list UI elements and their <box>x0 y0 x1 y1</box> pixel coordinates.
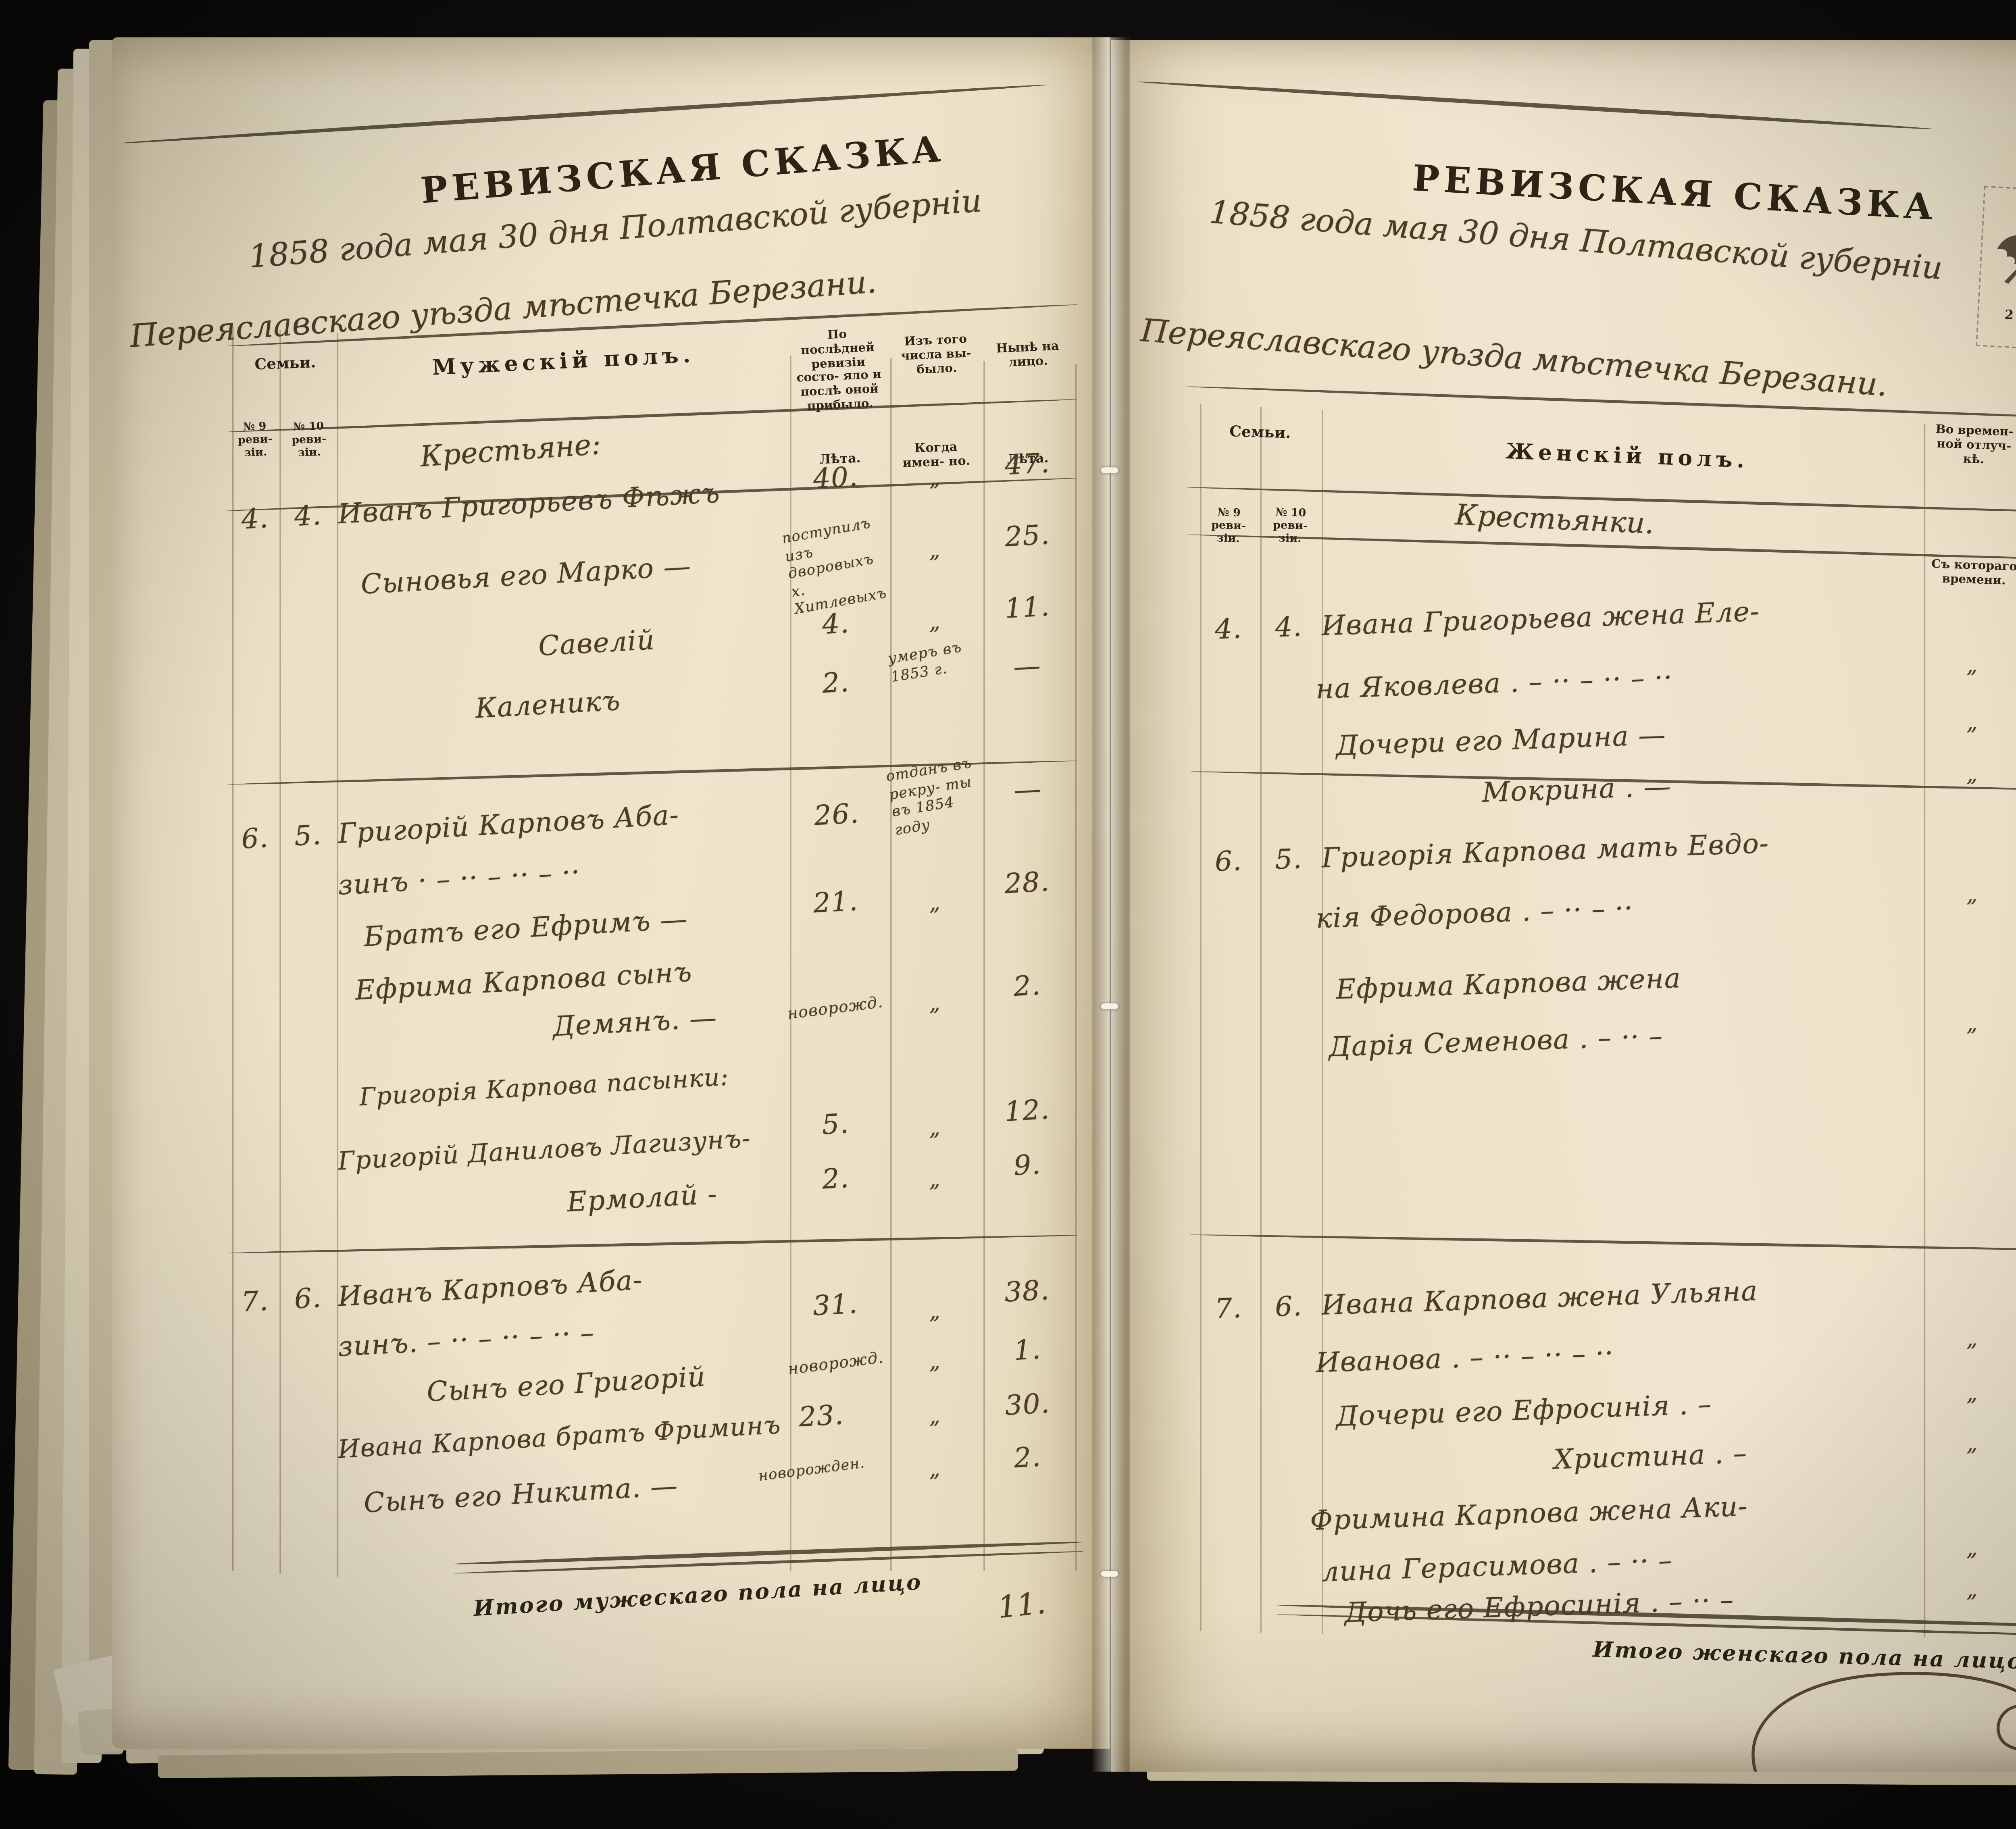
photographed-book-spread: РЕВИЗСКАЯ СКАЗКА 1858 года мая 30 дня По… <box>0 0 2016 1829</box>
departure-note: „ <box>889 1454 980 1484</box>
age-last-revision: 4. <box>786 606 885 643</box>
recruit-note: отданъ въ рекру- ты въ 1854 году <box>885 756 984 841</box>
book-binding <box>1092 37 1129 1771</box>
person-name: Дарія Семенова . – ·· – <box>1328 1021 1663 1063</box>
left-page: РЕВИЗСКАЯ СКАЗКА 1858 года мая 30 дня По… <box>112 37 1110 1748</box>
place-line: Переяславскаго уѣзда мѣстечка Березани. <box>129 265 878 356</box>
person-name: Иванъ Григорьевъ Фѣжъ <box>337 478 721 531</box>
age-present: 11. <box>983 590 1071 626</box>
newborn-note: новорожден. <box>758 1457 856 1485</box>
rev9-number: 4. <box>231 502 279 536</box>
person-name-continued: зинъ. – ·· – ·· – ·· – <box>337 1317 595 1363</box>
person-name-continued: на Яковлева . – ·· – ·· – ·· <box>1315 662 1673 706</box>
away-ditto: „ <box>1923 759 2016 789</box>
departure-note: „ <box>889 1113 980 1143</box>
person-name: Каленикъ <box>475 685 621 725</box>
age-present: 47. <box>983 447 1071 483</box>
header-rev10: № 10 реви- зіи. <box>1262 507 1318 547</box>
age-last-revision: 2. <box>786 1161 885 1198</box>
person-name-continued: лина Герасимова . – ·· – <box>1321 1545 1673 1588</box>
age-present: 2. <box>983 968 1071 1005</box>
header-group-handwritten: Крестьяне: <box>419 427 602 473</box>
family-separator-line <box>1190 1233 2016 1252</box>
person-name: Сынъ его Никита. — <box>363 1471 679 1520</box>
divider-line <box>1186 385 2016 421</box>
person-name: Григорій Карповъ Аба- <box>337 799 680 850</box>
rev10-number: 5. <box>280 819 336 853</box>
person-name: Ивана Карпова жена Ульяна <box>1321 1276 1759 1322</box>
away-ditto: „ <box>1923 1009 2016 1038</box>
header-departed: Изъ того числа вы- было. <box>892 332 980 378</box>
person-name: Григорій Даниловъ Лагизунъ- <box>337 1125 752 1177</box>
age-present: — <box>984 772 1071 808</box>
departure-note: „ <box>889 988 980 1018</box>
clerk-flourish <box>1713 1657 2016 1771</box>
departure-note: „ <box>889 887 980 918</box>
rev9-number: 4. <box>1199 613 1258 646</box>
subheader-since-when: Съ котораго времени. <box>1926 558 2016 589</box>
divider-line <box>1137 79 1933 131</box>
rev9-number: 7. <box>231 1285 279 1319</box>
rev9-number: 6. <box>1199 845 1258 878</box>
age-present: 25. <box>983 518 1071 555</box>
person-name: Ефрима Карпова жена <box>1335 963 1681 1006</box>
header-family: Семьи. <box>232 354 338 375</box>
age-last-revision: 26. <box>787 797 886 834</box>
age-present: 9. <box>983 1147 1071 1184</box>
stamp-denomination: 2 коп. <box>2004 309 2016 326</box>
away-ditto: „ <box>1923 1324 2016 1353</box>
header-present: Нынѣ на лицо. <box>986 339 1070 372</box>
header-away: Во времен- ной отлуч- кѣ. <box>1926 422 2016 468</box>
person-name: Демянъ. — <box>552 1003 718 1043</box>
arrival-note: поступилъ изъ дворовыхъ х. Хитлевыхъ <box>781 515 892 620</box>
record-row: 4. 4. Ивана Григорьева жена Еле- <box>1111 585 2016 661</box>
header-rev9: № 9 реви- зіи. <box>1200 507 1258 547</box>
rev10-number: 4. <box>280 499 336 534</box>
departure-note: „ <box>889 535 980 566</box>
age-present: 2. <box>984 1440 1071 1476</box>
header-female-sex: Женскій полъ. <box>1412 436 1842 478</box>
newborn-note: новорожд. <box>786 993 885 1024</box>
person-name-continued: кія Федорова . – ·· – ·· <box>1315 893 1634 935</box>
rev10-number: 5. <box>1260 843 1318 876</box>
departure-note: „ <box>889 1400 980 1431</box>
stamp-box: 2 коп. <box>1976 186 2016 353</box>
person-name: Христина . – <box>1553 1438 1748 1476</box>
rev10-number: 6. <box>280 1282 336 1317</box>
age-present: 28. <box>983 865 1070 901</box>
rev9-number: 7. <box>1199 1292 1258 1326</box>
away-ditto: „ <box>1923 1575 2016 1604</box>
header-male-sex: Мужескій полъ. <box>369 340 757 385</box>
departure-note: „ <box>889 1164 980 1195</box>
person-name-continued: Иванова . – ·· – ·· – ·· <box>1315 1338 1614 1380</box>
rev10-number: 6. <box>1260 1290 1318 1324</box>
header-family: Семьи. <box>1200 422 1320 443</box>
imperial-eagle-icon <box>1985 190 2016 314</box>
age-present: 38. <box>983 1273 1070 1310</box>
rev9-number: 6. <box>231 822 279 856</box>
away-ditto: „ <box>1923 880 2016 909</box>
age-last-revision: 5. <box>786 1106 885 1143</box>
binding-stitch <box>1101 467 1118 473</box>
person-name: Иванъ Карповъ Аба- <box>337 1265 644 1313</box>
away-ditto: „ <box>1923 1534 2016 1563</box>
age-last-revision: 40. <box>786 460 885 497</box>
age-last-revision: 23. <box>772 1398 871 1435</box>
newborn-note: новорожд. <box>786 1348 885 1379</box>
header-group-handwritten: Крестьянки. <box>1454 497 1655 541</box>
rev10-number: 4. <box>1260 611 1318 644</box>
person-name: Фримина Карпова жена Аки- <box>1310 1491 1748 1537</box>
departure-note: „ <box>889 1346 980 1377</box>
away-ditto: „ <box>1923 1429 2016 1458</box>
column-line <box>1322 410 1323 1634</box>
person-name-continued: зинъ · – ·· – ·· – ·· <box>337 857 581 902</box>
away-ditto: „ <box>1923 651 2016 680</box>
person-name: Григорія Карпова мать Евдо- <box>1321 828 1770 874</box>
departure-note: „ <box>889 1296 980 1327</box>
age-present: — <box>983 649 1071 685</box>
divider-line <box>224 398 1078 433</box>
header-rev10: № 10 реви- зіи. <box>282 420 336 461</box>
age-present: 30. <box>984 1387 1071 1423</box>
departure-note: „ <box>889 463 980 494</box>
stepsons-heading: Григорія Карпова пасынки: <box>358 1063 729 1113</box>
binding-stitch <box>1101 1003 1118 1009</box>
male-total-label: Итого мужескаго пола на лицо <box>473 1569 923 1621</box>
person-name: Дочери его Ефросинія . – <box>1335 1389 1712 1433</box>
person-name: Сыновья его Марко — <box>360 551 692 601</box>
departure-note: „ <box>889 606 980 637</box>
person-name: Ермолай - <box>566 1179 718 1219</box>
age-present: 12. <box>983 1093 1071 1129</box>
person-name: Ивана Григорьева жена Еле- <box>1321 596 1760 642</box>
age-last-revision: 2. <box>786 665 885 702</box>
age-last-revision: 31. <box>786 1287 885 1324</box>
person-name: Савелій <box>537 624 656 662</box>
age-present: 1. <box>984 1332 1071 1369</box>
age-last-revision: 21. <box>786 884 885 921</box>
person-name: Мокрина . — <box>1482 771 1672 809</box>
binding-stitch <box>1101 1571 1118 1577</box>
away-ditto: „ <box>1923 708 2016 737</box>
male-total-value: 11. <box>996 1586 1048 1625</box>
away-ditto: „ <box>1923 1379 2016 1408</box>
date-line: 1858 года мая 30 дня Полтавской губерніи <box>248 184 983 276</box>
place-line: Переяславскаго уѣзда мѣстечка Березани. <box>1139 314 1889 404</box>
person-name: Ефрима Карпова сынъ <box>354 957 693 1007</box>
person-name: Братъ его Ефримъ — <box>363 904 689 953</box>
header-rev9: № 9 реви- зіи. <box>231 420 279 460</box>
person-name: Сынъ его Григорій <box>426 1361 706 1409</box>
header-last-revision: По послѣдней ревизіи состо- яло и послѣ … <box>789 326 888 414</box>
person-name: Дочери его Марина — <box>1335 720 1666 762</box>
right-page: РЕВИЗСКАЯ СКАЗКА 1858 года мая 30 дня По… <box>1111 40 2016 1772</box>
